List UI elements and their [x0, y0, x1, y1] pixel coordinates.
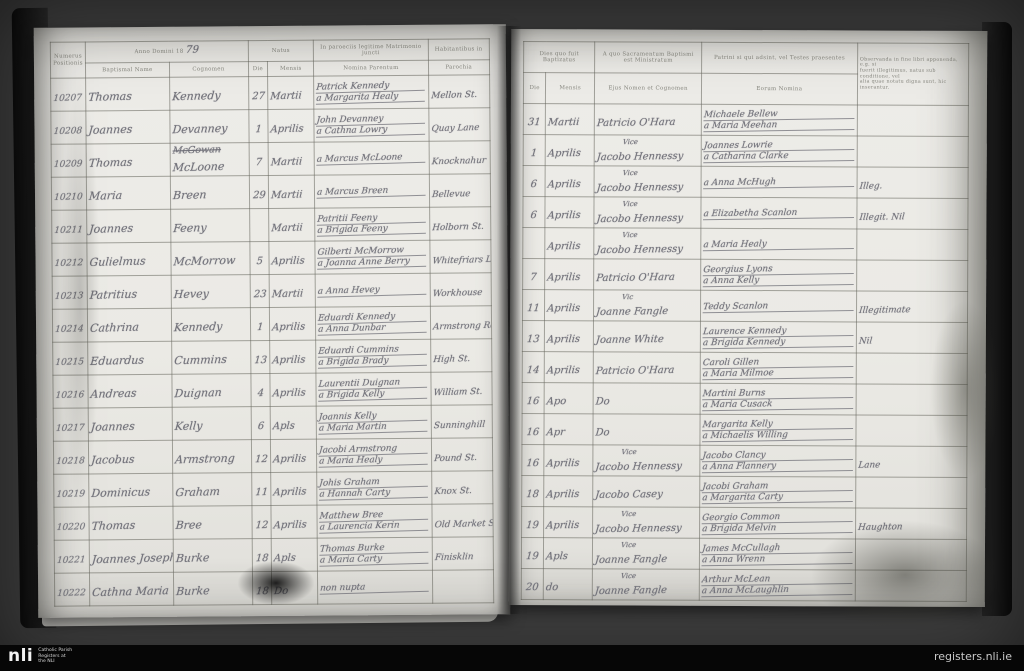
cell-surname: Breen [170, 176, 249, 210]
cell-parents: Laurentii Duignan a Brigida Kelly [316, 372, 430, 406]
cell-birth-month: Aprilis [268, 109, 314, 142]
cell-baptismal-name: Joannes Joseph [89, 539, 173, 573]
cell-entry-number: 10208 [51, 111, 86, 144]
cell-baptismal-name: Maria [86, 176, 170, 210]
cell-parents: Matthew Bree a Laurencia Kerin [317, 504, 431, 538]
col-header-sponsors-group: Patrini si qui adsint, vel Testes praese… [702, 42, 858, 74]
cell-surname: McGowan McLoone [170, 143, 249, 177]
register-row: 10213 Patritius Hevey 23 Martii a Anna H… [52, 273, 491, 309]
bottom-bar [0, 645, 1024, 671]
cell-priest: Vice Jacobo Hennessy [594, 166, 701, 197]
cell-baptismal-name: Thomas [86, 143, 170, 177]
cell-baptism-month: Martii [546, 104, 595, 135]
cell-entry-number: 10217 [53, 408, 88, 441]
left-register-table: Numerus Positionis Anno Domini 18 79 Nat… [50, 38, 494, 606]
cell-baptismal-name: Joannes [88, 407, 172, 441]
cell-baptism-month: Aprilis [544, 507, 593, 538]
register-row: 7 Aprilis Patricio O'Hara Georgius Lyons… [523, 259, 968, 292]
cell-sponsors: Joannes Lowrie a Catharina Clarke [701, 135, 857, 167]
cell-priest: Patricio O'Hara [594, 104, 701, 135]
cell-baptism-day: 13 [522, 321, 544, 352]
cell-observations: Illeg. [857, 167, 968, 198]
cell-baptism-month: Aprilis [545, 290, 594, 321]
cell-baptismal-name: Patritius [87, 275, 171, 309]
col-header-observations: Observanda in fine libri apponenda, e.g.… [857, 43, 969, 105]
register-row: 10208 Joannes Devanney 1 Aprilis John De… [51, 108, 490, 144]
cell-baptism-day: 16 [522, 383, 544, 414]
register-row: 10212 Gulielmus McMorrow 5 Aprilis Gilbe… [52, 240, 491, 276]
cell-baptism-day: 14 [522, 352, 544, 383]
cell-sponsors: Caroli Gillen a Maria Milmoe [700, 352, 856, 384]
register-row: 10215 Eduardus Cummins 13 Aprilis Eduard… [53, 339, 492, 375]
cell-observations [857, 136, 968, 167]
site-url: registers.nli.ie [934, 650, 1012, 663]
col-subheader-mensis: Mensis [268, 61, 314, 76]
col-subheader-sponsor-names: Eorum Nomina [701, 73, 857, 105]
cell-priest: Vice Jacobo Hennessy [593, 507, 700, 538]
cell-priest: Vice Joanne Fangle [592, 569, 699, 600]
cell-birth-day: 5 [249, 242, 269, 275]
cell-surname: Burke [173, 539, 252, 573]
col-subheader-cognomen: Cognomen [169, 62, 248, 78]
cell-entry-number: 10221 [54, 540, 89, 573]
col-header-numerus: Numerus Positionis [50, 42, 85, 78]
cell-residence: Old Market St. [431, 504, 493, 537]
cell-residence: Knocknahur [429, 141, 491, 174]
cell-observations: Illegit. Nil [857, 198, 968, 229]
cell-entry-number: 10220 [54, 507, 89, 540]
register-row: 10207 Thomas Kennedy 27 Martii Patrick K… [51, 75, 490, 111]
register-row: 10209 Thomas McGowan McLoone 7 Martii a … [51, 141, 490, 177]
cell-observations [855, 477, 966, 508]
cell-baptism-day: 6 [523, 197, 545, 228]
col-header-residence-group: Habitantibus in [428, 39, 490, 60]
register-row: Aprilis Vice Jacobo Hennessy a Maria Hea… [523, 228, 968, 261]
cell-sponsors: a Anna McHugh [701, 166, 857, 198]
cell-parents: John Devanney a Cathna Lowry [314, 108, 428, 142]
register-row: 14 Aprilis Patricio O'Hara Caroli Gillen… [522, 352, 967, 385]
cell-baptism-month: Aprilis [544, 476, 593, 507]
cell-surname: Kelly [172, 407, 251, 441]
cell-entry-number: 10209 [51, 144, 86, 177]
cell-birth-month: Martii [269, 175, 315, 208]
cell-entry-number: 10211 [52, 210, 87, 243]
cell-observations: Haughton [855, 508, 966, 539]
cell-baptism-day: 20 [521, 569, 543, 600]
cell-entry-number: 10214 [52, 309, 87, 342]
register-row: 13 Aprilis Joanne White Laurence Kennedy… [522, 321, 967, 354]
register-row: 31 Martii Patricio O'Hara Michaele Belle… [523, 104, 968, 137]
cell-priest: Vice Jacobo Hennessy [593, 445, 700, 476]
cell-residence: Bellevue [429, 174, 491, 207]
register-row: 6 Aprilis Vice Jacobo Hennessy a Anna Mc… [523, 166, 968, 199]
register-row: 16 Apr Do Margarita Kelly a Michaelis Wi… [522, 414, 967, 447]
cell-baptism-day: 16 [522, 445, 544, 476]
cell-residence: Sunninghill [431, 405, 493, 438]
cell-entry-number: 10215 [53, 342, 88, 375]
cell-baptism-month: Aprilis [545, 259, 594, 290]
cell-birth-day: 12 [251, 440, 271, 473]
cell-baptismal-name: Eduardus [88, 341, 172, 375]
col-subheader-nomina-parentum: Nomina Parentum [314, 60, 428, 76]
cell-birth-day: 7 [249, 143, 269, 176]
cell-birth-day: 18 [252, 539, 272, 572]
col-header-natus: Natus [248, 40, 314, 62]
scan-viewer[interactable]: Numerus Positionis Anno Domini 18 79 Nat… [0, 0, 1024, 671]
cell-observations [856, 384, 967, 415]
cell-sponsors: a Elizabetha Scanlon [701, 197, 857, 229]
cell-parents: Eduardi Kennedy a Anna Dunbar [316, 306, 430, 340]
cell-baptism-month: Aprilis [545, 197, 594, 228]
cell-parents: Patritii Feeny a Brigida Feeny [315, 207, 429, 241]
cell-baptismal-name: Thomas [86, 77, 170, 111]
cell-entry-number: 10216 [53, 375, 88, 408]
cell-baptism-day: 18 [522, 476, 544, 507]
cell-baptism-month: Apr [544, 414, 593, 445]
cell-baptismal-name: Cathna Maria [90, 572, 174, 606]
cell-residence: Workhouse [430, 273, 492, 306]
cell-sponsors: Teddy Scanlon [700, 290, 856, 322]
cell-baptismal-name: Joannes [87, 209, 171, 243]
cell-surname: Burke [173, 572, 252, 606]
cell-priest: Vice Joanne Fangle [593, 538, 700, 569]
cell-baptismal-name: Gulielmus [87, 242, 171, 276]
cell-baptismal-name: Thomas [89, 506, 173, 540]
handwritten-year: 79 [185, 48, 199, 55]
cell-sponsors: Margarita Kelly a Michaelis Willing [700, 414, 856, 446]
col-subheader-baptismal-name: Baptismal Name [86, 62, 170, 78]
register-row: 16 Aprilis Vice Jacobo Hennessy Jacobo C… [522, 445, 967, 478]
cell-birth-month: Apls [271, 538, 317, 571]
cell-baptism-month: Aprilis [545, 135, 594, 166]
cell-sponsors: Jacobi Graham a Margarita Carty [700, 476, 856, 508]
cell-birth-day: 6 [251, 407, 271, 440]
cell-birth-day [249, 209, 269, 242]
cell-birth-month: Aprilis [271, 472, 317, 505]
cell-sponsors: Georgio Common a Brigida Melvin [700, 507, 856, 539]
cell-parents: Johis Graham a Hannah Carty [317, 471, 431, 505]
cell-birth-day: 4 [250, 374, 270, 407]
cell-birth-month: Martii [269, 208, 315, 241]
cell-parents: Joannis Kelly a Maria Martin [317, 405, 431, 439]
cell-baptism-day: 7 [523, 259, 545, 290]
register-row: 1 Aprilis Vice Jacobo Hennessy Joannes L… [523, 135, 968, 168]
cell-birth-month: Aprilis [270, 340, 316, 373]
cell-residence: William St. [430, 372, 492, 405]
cell-sponsors: Michaele Bellew a Maria Meehan [701, 104, 857, 136]
cell-baptism-month: Aprilis [545, 228, 594, 259]
register-row: 16 Apo Do Martini Burns a Maria Cusack [522, 383, 967, 416]
cell-baptismal-name: Andreas [88, 374, 172, 408]
cell-birth-day: 13 [250, 341, 270, 374]
register-row: 10220 Thomas Bree 12 Aprilis Matthew Bre… [54, 504, 493, 540]
cell-birth-month: Aprilis [269, 241, 315, 274]
cell-residence: Quay Lane [428, 108, 490, 141]
cell-baptismal-name: Joannes [86, 110, 170, 144]
cell-baptismal-name: Dominicus [89, 473, 173, 507]
cell-birth-day: 29 [249, 176, 269, 209]
cell-baptism-day [523, 228, 545, 259]
col-subheader-baptism-die: Die [523, 73, 545, 104]
cell-sponsors: Martini Burns a Maria Cusack [700, 383, 856, 415]
col-subheader-die: Die [248, 62, 268, 77]
cell-baptism-month: Aprilis [544, 352, 593, 383]
cell-observations [855, 570, 966, 601]
cell-priest: Vice Jacobo Hennessy [594, 135, 701, 166]
register-row: 10216 Andreas Duignan 4 Aprilis Laurenti… [53, 372, 492, 408]
cell-parents: a Marcus Breen [315, 174, 429, 208]
cell-baptism-month: Aprilis [545, 321, 594, 352]
right-register-table: Dies quo fuit Baptizatus A quo Sacrament… [521, 41, 969, 602]
cell-parents: a Anna Hevey [316, 273, 430, 307]
cell-observations: Illegitimate [856, 291, 967, 322]
cell-observations [856, 260, 967, 291]
cell-entry-number: 10219 [54, 474, 89, 507]
cell-sponsors: a Maria Healy [701, 228, 857, 260]
register-row: 11 Aprilis Vic Joanne Fangle Teddy Scanl… [522, 290, 967, 323]
cell-birth-month: Aprilis [271, 505, 317, 538]
cell-birth-day: 1 [248, 110, 268, 143]
register-row: 10222 Cathna Maria Burke 18 Do non nupta [54, 570, 493, 606]
cell-birth-day: 23 [250, 275, 270, 308]
col-header-anno-domini: Anno Domini 18 79 [85, 41, 248, 63]
cell-surname: Cummins [171, 341, 250, 375]
register-row: 10217 Joannes Kelly 6 Apls Joannis Kelly… [53, 405, 492, 441]
cell-baptism-month: Apo [544, 383, 593, 414]
cell-sponsors: Georgius Lyons a Anna Kelly [701, 259, 857, 291]
register-row: 19 Aprilis Vice Jacobo Hennessy Georgio … [522, 507, 967, 540]
cell-parents: non nupta [318, 570, 432, 604]
cell-birth-day: 18 [252, 572, 272, 605]
cell-priest: Vice Jacobo Hennessy [594, 228, 701, 259]
cell-entry-number: 10218 [53, 441, 88, 474]
cell-sponsors: James McCullagh a Anna Wrenn [699, 538, 855, 570]
cell-residence: Armstrong Row [430, 306, 492, 339]
cell-observations [856, 353, 967, 384]
cell-birth-day: 1 [250, 308, 270, 341]
col-subheader-parochia: Parochia [428, 60, 490, 75]
cell-birth-day: 11 [251, 473, 271, 506]
cell-sponsors: Laurence Kennedy a Brigida Kennedy [700, 321, 856, 353]
cell-priest: Patricio O'Hara [594, 259, 701, 290]
col-header-baptism-date-group: Dies quo fuit Baptizatus [524, 42, 595, 73]
cell-baptism-day: 11 [522, 290, 544, 321]
cell-birth-day: 12 [251, 506, 271, 539]
cell-birth-month: Aprilis [270, 373, 316, 406]
register-row: 10211 Joannes Feeny Martii Patritii Feen… [52, 207, 491, 243]
cell-residence: Whitefriars Lane [429, 240, 491, 273]
cell-surname: Kennedy [169, 77, 248, 111]
cell-entry-number: 10213 [52, 276, 87, 309]
cell-birth-month: Aprilis [270, 307, 316, 340]
cell-sponsors: Arthur McLean a Anna McLaughlin [699, 569, 855, 601]
cell-birth-month: Martii [268, 76, 314, 109]
cell-parents: Thomas Burke a Maria Carty [318, 537, 432, 571]
cell-parents: Jacobi Armstrong a Maria Healy [317, 438, 431, 472]
cell-birth-month: Do [272, 571, 318, 604]
col-subheader-priest-name: Ejus Nomen et Cognomen [595, 73, 702, 104]
cell-priest: Do [593, 414, 700, 445]
cell-surname: Devanney [169, 110, 248, 144]
cell-surname: Armstrong [172, 440, 251, 474]
cell-observations: Nil [856, 322, 967, 353]
cell-baptism-month: Aprilis [545, 166, 594, 197]
cell-entry-number: 10212 [52, 243, 87, 276]
cell-priest: Joanne White [594, 321, 701, 352]
cell-sponsors: Jacobo Clancy a Anna Flannery [700, 445, 856, 477]
register-row: 19 Apls Vice Joanne Fangle James McCulla… [521, 538, 966, 571]
register-left-page: Numerus Positionis Anno Domini 18 79 Nat… [34, 24, 511, 618]
cell-birth-month: Apls [270, 406, 316, 439]
col-header-minister-group: A quo Sacramentum Baptismi est Ministrat… [595, 42, 702, 73]
cell-parents: Gilberti McMorrow a Joanna Anne Berry [315, 240, 429, 274]
col-header-parents-group: In paroeciis legitime Matrimonio juncti [314, 39, 428, 61]
cell-observations [855, 539, 966, 570]
cell-residence: Finisklin [432, 537, 494, 570]
cell-entry-number: 10222 [54, 573, 89, 606]
cell-birth-day: 27 [248, 77, 268, 110]
cell-priest: Vice Jacobo Hennessy [594, 197, 701, 228]
cell-residence: High St. [430, 339, 492, 372]
cell-parents: Eduardi Cummins a Brigida Brady [316, 339, 430, 373]
cell-surname: McMorrow [170, 242, 249, 276]
cell-baptism-day: 16 [522, 414, 544, 445]
register-row: 18 Aprilis Jacobo Casey Jacobi Graham a … [522, 476, 967, 509]
register-row: 10210 Maria Breen 29 Martii a Marcus Bre… [51, 174, 490, 210]
nli-logo-glyph: nli [8, 648, 33, 665]
col-subheader-baptism-mensis: Mensis [546, 73, 595, 104]
register-row: 6 Aprilis Vice Jacobo Hennessy a Elizabe… [523, 197, 968, 230]
nli-logo: nli Catholic Parish Registers at the NLI [8, 648, 72, 665]
cell-baptism-day: 1 [523, 135, 545, 166]
cell-baptism-day: 31 [523, 104, 545, 135]
cell-residence: Pound St. [431, 438, 493, 471]
cell-surname: Graham [172, 473, 251, 507]
register-row: 10214 Cathrina Kennedy 1 Aprilis Eduardi… [52, 306, 491, 342]
cell-priest: Jacobo Casey [593, 476, 700, 507]
cell-baptismal-name: Cathrina [88, 308, 172, 342]
cell-priest: Patricio O'Hara [593, 352, 700, 383]
cell-parents: Patrick Kennedy a Margarita Healy [314, 75, 428, 109]
cell-surname: Kennedy [171, 308, 250, 342]
cell-baptism-day: 19 [521, 538, 543, 569]
cell-baptism-month: Aprilis [544, 445, 593, 476]
cell-observations [856, 229, 967, 260]
cell-birth-month: Aprilis [271, 439, 317, 472]
cell-residence: Holborn St. [429, 207, 491, 240]
cell-baptism-day: 19 [522, 507, 544, 538]
cell-observations [857, 105, 968, 136]
register-row: 10221 Joannes Joseph Burke 18 Apls Thoma… [54, 537, 493, 573]
cell-surname: Hevey [171, 275, 250, 309]
cell-residence [432, 570, 494, 603]
cell-parents: a Marcus McLoone [314, 141, 428, 175]
cell-residence: Mellon St. [428, 75, 490, 108]
cell-baptismal-name: Jacobus [89, 440, 173, 474]
cell-surname: Bree [172, 506, 251, 540]
cell-birth-month: Martii [269, 274, 315, 307]
register-row: 20 do Vice Joanne Fangle Arthur McLean a… [521, 569, 966, 602]
cell-observations: Lane [856, 446, 967, 477]
cell-observations [856, 415, 967, 446]
cell-baptism-day: 6 [523, 166, 545, 197]
register-row: 10219 Dominicus Graham 11 Aprilis Johis … [54, 471, 493, 507]
cell-priest: Vic Joanne Fangle [594, 290, 701, 321]
cell-entry-number: 10210 [51, 177, 86, 210]
book-gutter-shadow [497, 26, 521, 614]
cell-baptism-month: Apls [544, 538, 593, 569]
cell-priest: Do [593, 383, 700, 414]
register-right-page: Dies quo fuit Baptizatus A quo Sacrament… [509, 29, 988, 607]
cell-birth-month: Martii [268, 142, 314, 175]
register-row: 10218 Jacobus Armstrong 12 Aprilis Jacob… [53, 438, 492, 474]
cell-surname: Feeny [170, 209, 249, 243]
cell-residence: Knox St. [431, 471, 493, 504]
cell-baptism-month: do [544, 569, 593, 600]
nli-logo-caption: Catholic Parish Registers at the NLI [38, 648, 72, 664]
cell-entry-number: 10207 [51, 78, 86, 111]
cell-surname: Duignan [171, 374, 250, 408]
